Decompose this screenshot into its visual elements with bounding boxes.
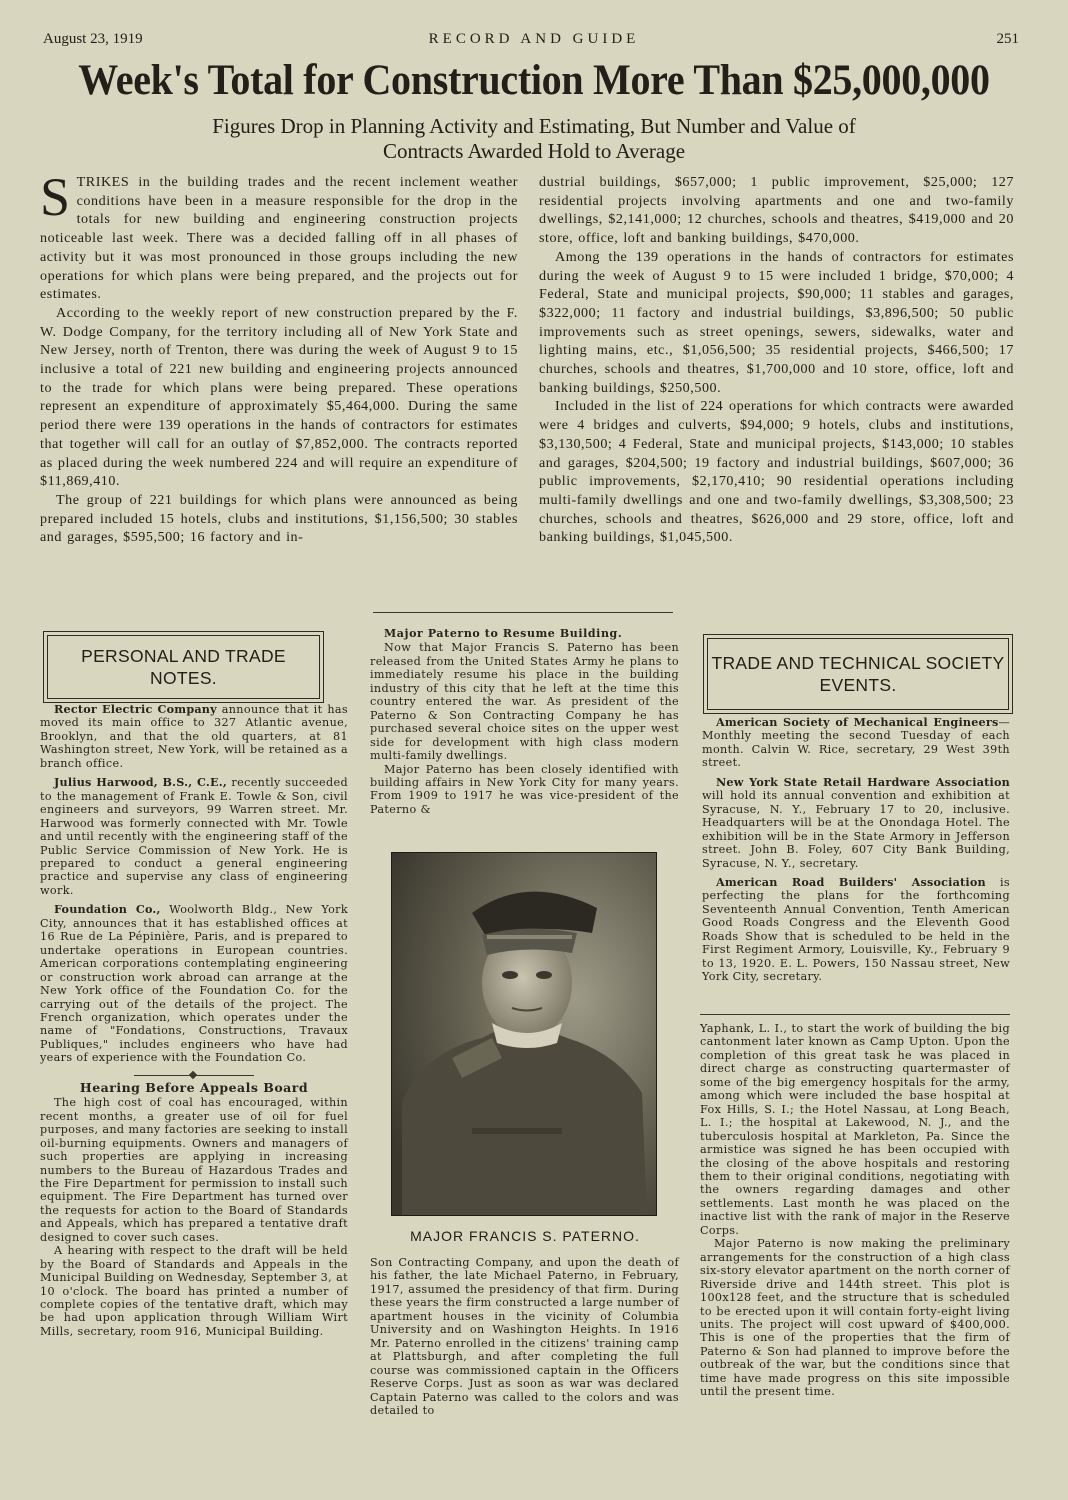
photo-caption: MAJOR FRANCIS S. PATERNO. [360,1228,690,1244]
society-events-title: TRADE AND TECHNICAL SOCIETY EVENTS. [707,638,1009,710]
article-paragraph: According to the weekly report of new co… [40,304,518,491]
page-number: 251 [997,31,1020,48]
article-paragraph: dustrial buildings, $657,000; 1 public i… [539,173,1014,248]
article-column-left: STRIKES in the building trades and the r… [40,173,518,547]
hearing-paragraph: The high cost of coal has encouraged, wi… [40,1096,348,1244]
event-item: American Society of Mechanical Engineers… [702,716,1010,770]
hearing-title: Hearing Before Appeals Board [40,1081,348,1094]
drop-cap: S [40,175,71,219]
paterno-continued-paragraph: Major Paterno is now making the prelimin… [700,1237,1010,1398]
running-head: August 23, 1919 RECORD AND GUIDE 251 [0,31,1068,51]
paterno-continued-column: Yaphank, L. I., to start the work of bui… [700,1022,1010,1399]
article-headline: Week's Total for Construction More Than … [0,54,1068,106]
article-paragraph: The group of 221 buildings for which pla… [40,491,518,547]
society-events-header-box: TRADE AND TECHNICAL SOCIETY EVENTS. [703,634,1013,714]
note-lead: Rector Electric Company [54,702,217,716]
article-paragraph: Among the 139 operations in the hands of… [539,248,1014,398]
paterno-continued-paragraph: Yaphank, L. I., to start the work of bui… [700,1022,1010,1237]
note-item: Julius Harwood, B.S., C.E., recently suc… [40,776,348,897]
section-divider [373,612,673,613]
section-divider [700,1014,1010,1015]
ornament-divider [134,1071,254,1079]
personal-notes-column: Rector Electric Company announce that it… [40,703,348,1338]
article-paragraph: Included in the list of 224 operations f… [539,397,1014,547]
society-events-column: American Society of Mechanical Engineers… [702,716,1010,990]
paterno-column-bottom: Son Contracting Company, and upon the de… [370,1256,679,1417]
portrait-photo [391,852,657,1216]
event-item: American Road Builders' Association is p… [702,876,1010,984]
publication-name: RECORD AND GUIDE [0,31,1068,48]
event-lead: American Road Builders' Association [716,875,986,889]
event-lead: American Society of Mechanical Engineers [716,715,998,729]
article-column-right: dustrial buildings, $657,000; 1 public i… [539,173,1014,547]
event-lead: New York State Retail Hardware Associati… [716,775,1010,789]
newspaper-page: August 23, 1919 RECORD AND GUIDE 251 Wee… [0,0,1068,1500]
article-subheadline: Figures Drop in Planning Activity and Es… [180,114,888,164]
note-lead: Foundation Co., [54,902,161,916]
note-item: Rector Electric Company announce that it… [40,703,348,770]
paterno-column-top: Major Paterno to Resume Building. Now th… [370,627,679,816]
paterno-paragraph: Now that Major Francis S. Paterno has be… [370,641,679,762]
portrait-image [392,853,656,1215]
paterno-paragraph: Son Contracting Company, and upon the de… [370,1256,679,1417]
paterno-title: Major Paterno to Resume Building. [370,627,679,640]
personal-notes-title: PERSONAL AND TRADE NOTES. [47,635,320,699]
note-item: Foundation Co., Woolworth Bldg., New Yor… [40,903,348,1064]
event-item: New York State Retail Hardware Associati… [702,776,1010,870]
article-paragraph: STRIKES in the building trades and the r… [40,173,518,304]
personal-notes-header-box: PERSONAL AND TRADE NOTES. [43,631,324,703]
hearing-paragraph: A hearing with respect to the draft will… [40,1244,348,1338]
note-lead: Julius Harwood, B.S., C.E., [54,775,227,789]
paterno-paragraph: Major Paterno has been closely identifie… [370,763,679,817]
